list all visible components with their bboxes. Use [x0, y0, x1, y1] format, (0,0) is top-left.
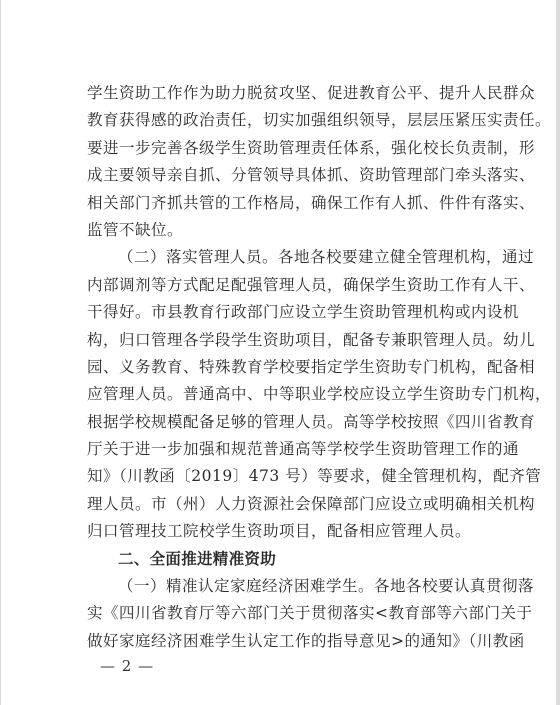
body-line: 成主要领导亲自抓、分管领导具体抓、资助管理部门牵头落实、	[87, 162, 483, 189]
body-line: 做好家庭经济困难学生认定工作的指导意见>的通知》（川教函	[87, 628, 483, 655]
body-line: 厅关于进一步加强和规范普通高等学校学生资助管理工作的通	[87, 436, 483, 463]
body-line: 根据学校规模配备足够的管理人员。高等学校按照《四川省教育	[87, 409, 483, 436]
body-line: 构，归口管理各学段学生资助项目，配备专兼职管理人员。幼儿	[87, 327, 483, 354]
subsection-title-line: （二）落实管理人员。各地各校要建立健全管理机构，通过	[87, 244, 483, 271]
body-line: 内部调剂等方式配足配强管理人员，确保学生资助工作有人干、	[87, 272, 483, 299]
body-line: 教育获得感的政治责任，切实加强组织领导，层层压紧压实责任。	[87, 107, 483, 134]
body-line: 理人员。市（州）人力资源社会保障部门应设立或明确相关机构	[87, 491, 483, 518]
body-line: 学生资助工作作为助力脱贫攻坚、促进教育公平、提升人民群众	[87, 80, 483, 107]
body-line: 实《四川省教育厅等六部门关于贯彻落实<教育部等六部门关于	[87, 600, 483, 627]
page-number: — 2 —	[100, 656, 154, 676]
body-line: 相关部门齐抓共管的工作格局，确保工作有人抓、件件有落实、	[87, 190, 483, 217]
paragraph-end-line: 归口管理技工院校学生资助项目，配备相应管理人员。	[87, 518, 483, 545]
section-heading: 二、全面推进精准资助	[87, 546, 483, 573]
body-line: 要进一步完善各级学生资助管理责任体系，强化校长负责制，形	[87, 135, 483, 162]
subsection-title-line: （一）精准认定家庭经济困难学生。各地各校要认真贯彻落	[87, 573, 483, 600]
body-line: 干得好。市县教育行政部门应设立学生资助管理机构或内设机	[87, 299, 483, 326]
body-line: 知》（川教函〔2019〕473 号）等要求，健全管理机构，配齐管	[87, 463, 483, 490]
body-line: 应管理人员。普通高中、中等职业学校应设立学生资助专门机构，	[87, 381, 483, 408]
document-page: 学生资助工作作为助力脱贫攻坚、促进教育公平、提升人民群众 教育获得感的政治责任，…	[87, 80, 483, 655]
page-edge-left	[0, 0, 1, 705]
body-line: 园、义务教育、特殊教育学校要指定学生资助专门机构，配备相	[87, 354, 483, 381]
paragraph-end-line: 监管不缺位。	[87, 217, 483, 244]
page-edge-right	[556, 0, 560, 705]
